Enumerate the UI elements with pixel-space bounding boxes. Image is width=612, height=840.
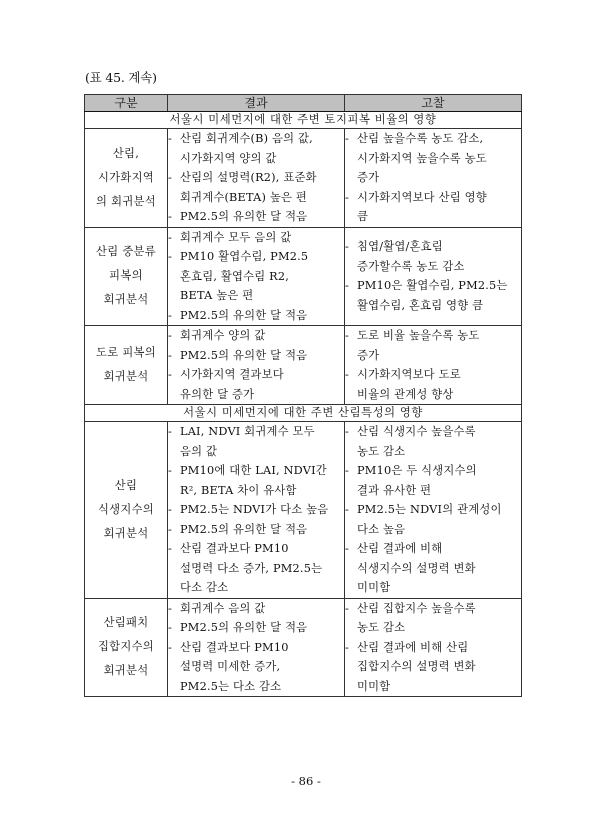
category-line: 도로 피복의 xyxy=(85,341,167,365)
bullet-item: -도로 비율 높을수록 농도 xyxy=(345,326,521,346)
bullet-text: 산림 결과에 비해 xyxy=(357,539,442,559)
row-result: -산림 회귀계수(B) 음의 값,시가화지역 양의 값-산림의 설명력(R2),… xyxy=(168,129,345,228)
bullet-continuation: 식생지수의 설명력 변화 xyxy=(345,559,521,579)
dash-bullet-icon: - xyxy=(345,500,357,520)
table-row: 산림패치집합지수의회귀분석-회귀계수 음의 값-PM2.5의 유의한 달 적음-… xyxy=(85,598,522,697)
bullet-text: 회귀계수 모두 음의 값 xyxy=(180,228,291,248)
bullet-text: 산림 높을수록 농도 감소, xyxy=(357,129,483,149)
bullet-text: PM10은 활엽수림, PM2.5는 xyxy=(357,276,508,296)
section-title: 서울시 미세먼지에 대한 주변 산림특성의 영향 xyxy=(85,405,522,422)
row-discussion: -도로 비율 높을수록 농도증가-시가화지역보다 도로비율의 관계성 향상 xyxy=(345,326,522,405)
bullet-item: -PM2.5의 유의한 달 적음 xyxy=(168,207,344,227)
bullet-item: -PM10 활엽수림, PM2.5 xyxy=(168,247,344,267)
bullet-text: 시가화지역보다 산림 영향 xyxy=(357,188,487,208)
bullet-continuation: R², BETA 차이 유사함 xyxy=(168,481,344,501)
category-line: 산림 중분류 xyxy=(85,240,167,264)
header-discussion: 고찰 xyxy=(345,95,522,112)
category-line: 회귀분석 xyxy=(85,659,167,683)
dash-bullet-icon: - xyxy=(168,461,180,481)
dash-bullet-icon: - xyxy=(168,520,180,540)
dash-bullet-icon: - xyxy=(168,422,180,442)
dash-bullet-icon: - xyxy=(168,539,180,559)
row-discussion: -산림 집합지수 높을수록농도 감소-산림 결과에 비해 산림집합지수의 설명력… xyxy=(345,598,522,697)
table-row: 산림식생지수의회귀분석-LAI, NDVI 회귀계수 모두음의 값-PM10에 … xyxy=(85,422,522,599)
bullet-continuation: 증가 xyxy=(345,168,521,188)
dash-bullet-icon: - xyxy=(345,188,357,208)
header-result: 결과 xyxy=(168,95,345,112)
bullet-continuation: 다소 감소 xyxy=(168,578,344,598)
row-category: 산림 중분류피복의회귀분석 xyxy=(85,227,168,326)
row-category: 도로 피복의회귀분석 xyxy=(85,326,168,405)
bullet-text: 도로 비율 높을수록 농도 xyxy=(357,326,480,346)
bullet-continuation: 시가화지역 양의 값 xyxy=(168,149,344,169)
bullet-item: -PM2.5의 유의한 달 적음 xyxy=(168,520,344,540)
row-discussion: -침엽/활엽/혼효림증가할수록 농도 감소-PM10은 활엽수림, PM2.5는… xyxy=(345,227,522,326)
row-result: -LAI, NDVI 회귀계수 모두음의 값-PM10에 대한 LAI, NDV… xyxy=(168,422,345,599)
bullet-continuation: 회귀계수(BETA) 높은 편 xyxy=(168,188,344,208)
bullet-text: 산림 회귀계수(B) 음의 값, xyxy=(180,129,313,149)
bullet-text: PM10 활엽수림, PM2.5 xyxy=(180,247,308,267)
row-result: -회귀계수 음의 값-PM2.5의 유의한 달 적음-산림 결과보다 PM10설… xyxy=(168,598,345,697)
bullet-item: -회귀계수 양의 값 xyxy=(168,326,344,346)
dash-bullet-icon: - xyxy=(168,599,180,619)
table-row: 산림 중분류피복의회귀분석-회귀계수 모두 음의 값-PM10 활엽수림, PM… xyxy=(85,227,522,326)
dash-bullet-icon: - xyxy=(345,365,357,385)
bullet-item: -산림 결과보다 PM10 xyxy=(168,638,344,658)
row-category: 산림식생지수의회귀분석 xyxy=(85,422,168,599)
header-category: 구분 xyxy=(85,95,168,112)
category-line: 시가화지역 xyxy=(85,166,167,190)
dash-bullet-icon: - xyxy=(168,500,180,520)
bullet-text: PM2.5는 NDVI의 관계성이 xyxy=(357,500,502,520)
bullet-text: 산림 결과보다 PM10 xyxy=(180,539,289,559)
section-title: 서울시 미세먼지에 대한 주변 토지피복 비율의 영향 xyxy=(85,112,522,129)
dash-bullet-icon: - xyxy=(168,638,180,658)
row-discussion: -산림 높을수록 농도 감소,시가화지역 높을수록 농도증가-시가화지역보다 산… xyxy=(345,129,522,228)
bullet-continuation: 비율의 관계성 향상 xyxy=(345,385,521,405)
bullet-item: -PM2.5는 NDVI가 다소 높음 xyxy=(168,500,344,520)
bullet-continuation: 시가화지역 높을수록 농도 xyxy=(345,149,521,169)
bullet-text: PM10은 두 식생지수의 xyxy=(357,461,477,481)
dash-bullet-icon: - xyxy=(345,129,357,149)
bullet-item: -PM10은 활엽수림, PM2.5는 xyxy=(345,276,521,296)
category-line: 집합지수의 xyxy=(85,635,167,659)
bullet-item: -산림 결과에 비해 산림 xyxy=(345,638,521,658)
dash-bullet-icon: - xyxy=(345,461,357,481)
dash-bullet-icon: - xyxy=(345,422,357,442)
bullet-text: PM10에 대한 LAI, NDVI간 xyxy=(180,461,327,481)
dash-bullet-icon: - xyxy=(168,365,180,385)
bullet-text: 산림 집합지수 높을수록 xyxy=(357,599,476,619)
bullet-item: -PM10에 대한 LAI, NDVI간 xyxy=(168,461,344,481)
category-line: 산림 xyxy=(85,474,167,498)
dash-bullet-icon: - xyxy=(345,539,357,559)
row-discussion: -산림 식생지수 높을수록농도 감소-PM10은 두 식생지수의결과 유사한 편… xyxy=(345,422,522,599)
bullet-continuation: 증가할수록 농도 감소 xyxy=(345,257,521,277)
bullet-item: -PM2.5의 유의한 달 적음 xyxy=(168,306,344,326)
dash-bullet-icon: - xyxy=(345,326,357,346)
bullet-item: -PM2.5의 유의한 달 적음 xyxy=(168,618,344,638)
dash-bullet-icon: - xyxy=(345,276,357,296)
bullet-continuation: 설명력 다소 증가, PM2.5는 xyxy=(168,559,344,579)
bullet-item: -시가화지역보다 산림 영향 xyxy=(345,188,521,208)
bullet-continuation: 혼효림, 활엽수림 R2, xyxy=(168,267,344,287)
bullet-item: -LAI, NDVI 회귀계수 모두 xyxy=(168,422,344,442)
bullet-text: 산림의 설명력(R2), 표준화 xyxy=(180,168,317,188)
bullet-text: 회귀계수 음의 값 xyxy=(180,599,265,619)
bullet-text: PM2.5의 유의한 달 적음 xyxy=(180,618,307,638)
dash-bullet-icon: - xyxy=(168,228,180,248)
dash-bullet-icon: - xyxy=(168,247,180,267)
bullet-item: -산림 결과보다 PM10 xyxy=(168,539,344,559)
table-row: 산림,시가화지역의 회귀분석-산림 회귀계수(B) 음의 값,시가화지역 양의 … xyxy=(85,129,522,228)
bullet-text: PM2.5의 유의한 달 적음 xyxy=(180,346,307,366)
bullet-text: 회귀계수 양의 값 xyxy=(180,326,265,346)
bullet-item: -산림 집합지수 높을수록 xyxy=(345,599,521,619)
dash-bullet-icon: - xyxy=(168,618,180,638)
category-line: 산림, xyxy=(85,142,167,166)
bullet-text: 산림 식생지수 높을수록 xyxy=(357,422,476,442)
bullet-text: 침엽/활엽/혼효림 xyxy=(357,237,443,257)
dash-bullet-icon: - xyxy=(168,326,180,346)
bullet-continuation: 농도 감소 xyxy=(345,442,521,462)
bullet-text: 산림 결과에 비해 산림 xyxy=(357,638,468,658)
dash-bullet-icon: - xyxy=(168,129,180,149)
bullet-item: -회귀계수 음의 값 xyxy=(168,599,344,619)
category-line: 회귀분석 xyxy=(85,522,167,546)
bullet-item: -산림 회귀계수(B) 음의 값, xyxy=(168,129,344,149)
dash-bullet-icon: - xyxy=(345,237,357,257)
bullet-continuation: 음의 값 xyxy=(168,442,344,462)
bullet-continuation: 미미함 xyxy=(345,677,521,697)
bullet-text: PM2.5의 유의한 달 적음 xyxy=(180,520,307,540)
table-caption: (표 45. 계속) xyxy=(85,68,157,86)
row-result: -회귀계수 모두 음의 값-PM10 활엽수림, PM2.5혼효림, 활엽수림 … xyxy=(168,227,345,326)
bullet-continuation: 큼 xyxy=(345,207,521,227)
bullet-continuation: 농도 감소 xyxy=(345,618,521,638)
bullet-item: -산림 식생지수 높을수록 xyxy=(345,422,521,442)
bullet-item: -산림 높을수록 농도 감소, xyxy=(345,129,521,149)
dash-bullet-icon: - xyxy=(345,638,357,658)
bullet-continuation: 결과 유사한 편 xyxy=(345,481,521,501)
bullet-item: -시가화지역보다 도로 xyxy=(345,365,521,385)
table-header-row: 구분 결과 고찰 xyxy=(85,95,522,112)
bullet-text: PM2.5는 NDVI가 다소 높음 xyxy=(180,500,328,520)
category-line: 의 회귀분석 xyxy=(85,190,167,214)
bullet-text: LAI, NDVI 회귀계수 모두 xyxy=(180,422,315,442)
bullet-continuation: 다소 높음 xyxy=(345,520,521,540)
row-category: 산림,시가화지역의 회귀분석 xyxy=(85,129,168,228)
bullet-item: -PM10은 두 식생지수의 xyxy=(345,461,521,481)
bullet-item: -회귀계수 모두 음의 값 xyxy=(168,228,344,248)
bullet-text: 시가화지역 결과보다 xyxy=(180,365,284,385)
bullet-continuation: BETA 높은 편 xyxy=(168,286,344,306)
table-row: 도로 피복의회귀분석-회귀계수 양의 값-PM2.5의 유의한 달 적음-시가화… xyxy=(85,326,522,405)
bullet-continuation: 집합지수의 설명력 변화 xyxy=(345,657,521,677)
dash-bullet-icon: - xyxy=(168,168,180,188)
category-line: 식생지수의 xyxy=(85,498,167,522)
dash-bullet-icon: - xyxy=(168,207,180,227)
bullet-text: 산림 결과보다 PM10 xyxy=(180,638,289,658)
row-category: 산림패치집합지수의회귀분석 xyxy=(85,598,168,697)
dash-bullet-icon: - xyxy=(345,599,357,619)
bullet-continuation: 유의한 달 증가 xyxy=(168,385,344,405)
bullet-continuation: 활엽수림, 혼효림 영향 큼 xyxy=(345,296,521,316)
bullet-item: -침엽/활엽/혼효림 xyxy=(345,237,521,257)
bullet-continuation: PM2.5는 다소 감소 xyxy=(168,677,344,697)
page-number: - 86 - xyxy=(0,774,612,788)
bullet-item: -산림의 설명력(R2), 표준화 xyxy=(168,168,344,188)
category-line: 회귀분석 xyxy=(85,365,167,389)
category-line: 피복의 xyxy=(85,264,167,288)
bullet-item: -산림 결과에 비해 xyxy=(345,539,521,559)
bullet-item: -PM2.5의 유의한 달 적음 xyxy=(168,346,344,366)
bullet-continuation: 미미함 xyxy=(345,578,521,598)
section-header-row: 서울시 미세먼지에 대한 주변 토지피복 비율의 영향 xyxy=(85,112,522,129)
row-result: -회귀계수 양의 값-PM2.5의 유의한 달 적음-시가화지역 결과보다유의한… xyxy=(168,326,345,405)
bullet-continuation: 증가 xyxy=(345,346,521,366)
bullet-text: PM2.5의 유의한 달 적음 xyxy=(180,207,307,227)
bullet-continuation: 설명력 미세한 증가, xyxy=(168,657,344,677)
category-line: 산림패치 xyxy=(85,611,167,635)
table-body: 서울시 미세먼지에 대한 주변 토지피복 비율의 영향산림,시가화지역의 회귀분… xyxy=(85,112,522,697)
bullet-item: -PM2.5는 NDVI의 관계성이 xyxy=(345,500,521,520)
category-line: 회귀분석 xyxy=(85,288,167,312)
dash-bullet-icon: - xyxy=(168,306,180,326)
bullet-item: -시가화지역 결과보다 xyxy=(168,365,344,385)
section-header-row: 서울시 미세먼지에 대한 주변 산림특성의 영향 xyxy=(85,405,522,422)
bullet-text: 시가화지역보다 도로 xyxy=(357,365,461,385)
bullet-text: PM2.5의 유의한 달 적음 xyxy=(180,306,307,326)
dash-bullet-icon: - xyxy=(168,346,180,366)
results-table: 구분 결과 고찰 서울시 미세먼지에 대한 주변 토지피복 비율의 영향산림,시… xyxy=(84,94,522,697)
